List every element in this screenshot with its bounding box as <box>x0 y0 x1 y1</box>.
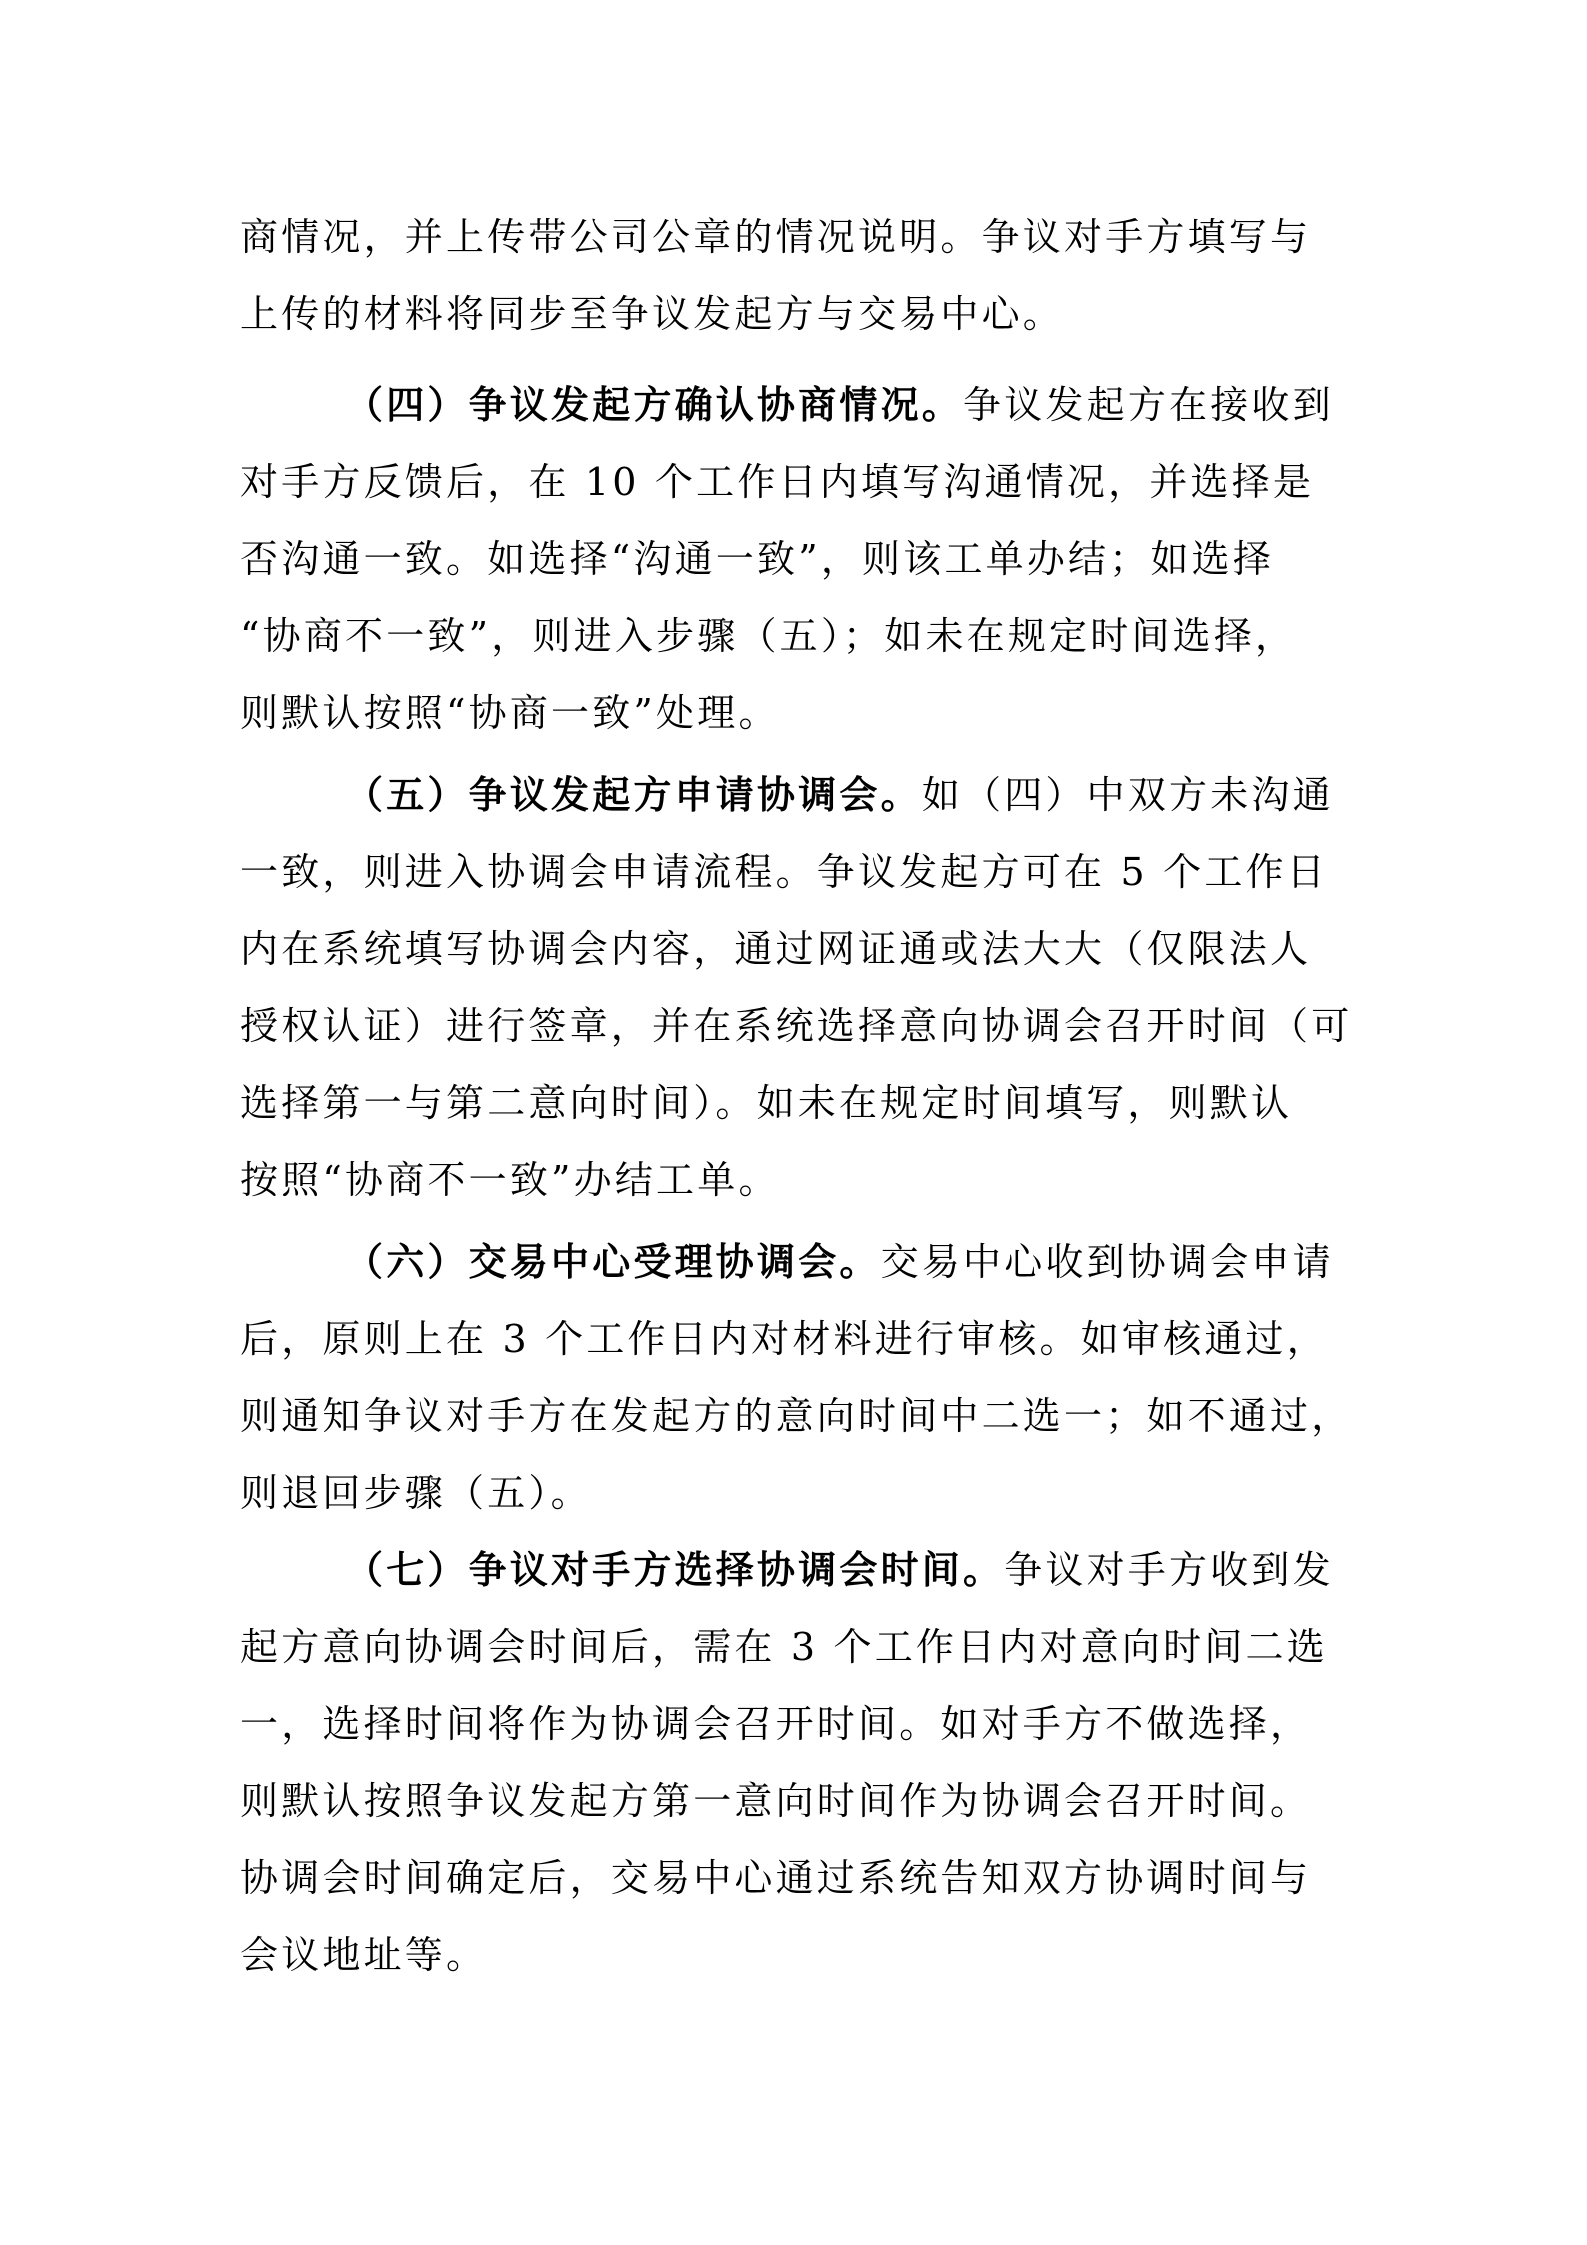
paragraph-text: 争议对手方收到发 <box>1004 1548 1334 1592</box>
paragraph-line: 则退回步骤（五）。 <box>240 1468 1360 1518</box>
document-page: 商情况，并上传带公司公章的情况说明。争议对手方填写与 上传的材料将同步至争议发起… <box>0 0 1587 2245</box>
paragraph-first-line: （七）争议对手方选择协调会时间。争议对手方收到发 <box>345 1545 1360 1595</box>
paragraph-line: 选择第一与第二意向时间）。如未在规定时间填写，则默认 <box>240 1078 1360 1128</box>
paragraph-line: 则通知争议对手方在发起方的意向时间中二选一；如不通过， <box>240 1391 1360 1441</box>
paragraph-line: 按照“协商不一致”办结工单。 <box>240 1155 1360 1205</box>
paragraph-line: 后，原则上在 3 个工作日内对材料进行审核。如审核通过， <box>240 1314 1360 1364</box>
paragraph-line: 一致，则进入协调会申请流程。争议发起方可在 5 个工作日 <box>240 847 1360 897</box>
paragraph-line: 否沟通一致。如选择“沟通一致”，则该工单办结；如选择 <box>240 534 1360 584</box>
section-heading: （五）争议发起方申请协调会。 <box>345 772 922 817</box>
paragraph-line: 协调会时间确定后，交易中心通过系统告知双方协调时间与 <box>240 1853 1360 1903</box>
paragraph-line: 上传的材料将同步至争议发起方与交易中心。 <box>240 289 1360 339</box>
paragraph-line: 一，选择时间将作为协调会召开时间。如对手方不做选择， <box>240 1699 1360 1749</box>
paragraph-line: 内在系统填写协调会内容，通过网证通或法大大（仅限法人 <box>240 924 1360 974</box>
paragraph-first-line: （六）交易中心受理协调会。交易中心收到协调会申请 <box>345 1237 1360 1287</box>
paragraph-text: 交易中心收到协调会申请 <box>881 1240 1334 1284</box>
paragraph-line: 则默认按照“协商一致”处理。 <box>240 688 1360 738</box>
paragraph-line: 起方意向协调会时间后，需在 3 个工作日内对意向时间二选 <box>240 1622 1360 1672</box>
section-heading: （四）争议发起方确认协商情况。 <box>345 382 963 427</box>
paragraph-line: 则默认按照争议发起方第一意向时间作为协调会召开时间。 <box>240 1776 1360 1826</box>
section-heading: （六）交易中心受理协调会。 <box>345 1239 881 1284</box>
paragraph-line: 授权认证）进行签章，并在系统选择意向协调会召开时间（可 <box>240 1001 1360 1051</box>
paragraph-first-line: （四）争议发起方确认协商情况。争议发起方在接收到 <box>345 380 1360 430</box>
paragraph-text: 争议发起方在接收到 <box>963 383 1334 427</box>
section-heading: （七）争议对手方选择协调会时间。 <box>345 1547 1004 1592</box>
paragraph-line: 对手方反馈后，在 10 个工作日内填写沟通情况，并选择是 <box>240 457 1360 507</box>
paragraph-line: 会议地址等。 <box>240 1930 1360 1980</box>
paragraph-text: 如（四）中双方未沟通 <box>922 773 1334 817</box>
paragraph-line: 商情况，并上传带公司公章的情况说明。争议对手方填写与 <box>240 212 1360 262</box>
paragraph-line: “协商不一致”，则进入步骤（五）；如未在规定时间选择， <box>240 611 1360 661</box>
paragraph-first-line: （五）争议发起方申请协调会。如（四）中双方未沟通 <box>345 770 1360 820</box>
